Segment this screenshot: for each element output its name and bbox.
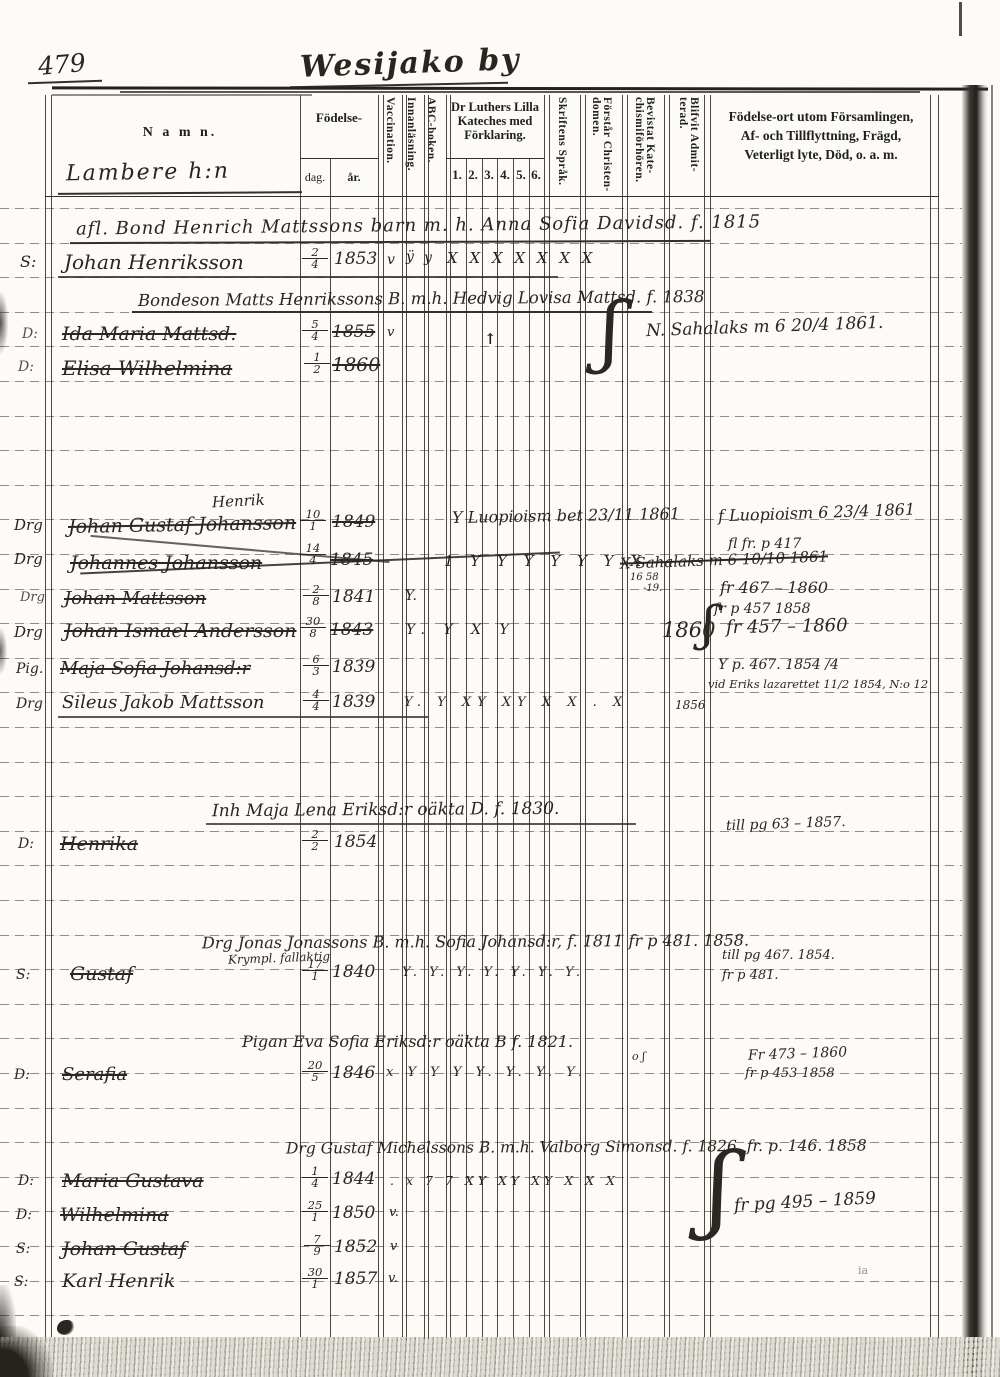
col-bevistat-label: Bevistat Kate- chismiförhören. <box>633 97 655 197</box>
kateches-col-5: 5. <box>513 167 529 183</box>
brace-swash: ʃ <box>706 1146 732 1232</box>
grid-hline <box>0 450 962 451</box>
birth-year: 1840 <box>332 962 375 982</box>
birth-day: 22 <box>302 829 328 852</box>
person-name: Johan Ismael Andersson <box>64 620 296 642</box>
vaccination-mark: v. <box>389 1205 399 1220</box>
title-rule-2 <box>120 91 920 93</box>
birth-year: 1839 <box>332 692 375 712</box>
birth-year: 1849 <box>332 512 375 532</box>
birth-day: 54 <box>302 319 328 342</box>
kateches-col-3: 3. <box>481 167 497 183</box>
birth-year: 1850 <box>332 1203 375 1223</box>
row-margin-label: D: <box>18 836 34 852</box>
grid-hline <box>0 1004 962 1005</box>
vaccination-mark: v <box>387 252 395 268</box>
birth-year: 1860 <box>332 354 380 376</box>
vaccination-mark: Y. <box>405 588 417 604</box>
birth-day: 251 <box>302 1200 328 1223</box>
grid-vline <box>529 158 530 1340</box>
kateches-col-4: 4. <box>497 167 513 183</box>
hand-underline <box>132 311 652 313</box>
margin-note: fr 457 – 1860 <box>726 615 848 638</box>
grid-hline <box>0 416 962 417</box>
col-vaccination-label: Vaccination. <box>384 97 395 197</box>
row-margin-label: S: <box>16 1241 30 1257</box>
birth-year: 1846 <box>332 1063 375 1083</box>
grid-vline <box>466 158 467 1340</box>
grid-hline <box>0 485 962 486</box>
margin-note: Y p. 467. 1854 /4 <box>718 657 839 673</box>
page-title: Wesijako by <box>299 42 521 85</box>
col-fodelseort-label: Födelse-ort utom Församlingen, Af- och T… <box>712 107 930 164</box>
person-name: Sileus Jakob Mattsson <box>62 692 265 713</box>
person-name: Henrika <box>60 833 138 855</box>
grid-hline <box>0 1315 962 1316</box>
person-name: Elisa Wilhelmina <box>62 356 232 380</box>
birth-day: 144 <box>300 543 326 566</box>
col-dag-label: dag. <box>300 170 330 185</box>
margin-note: N. Sahalaks m 6 20/4 1861. <box>646 313 884 341</box>
page-edge-line <box>991 85 993 1340</box>
kateches-col-2: 2. <box>465 167 481 183</box>
person-name: Maria Gustava <box>62 1170 204 1192</box>
margin-note: fr p 481. <box>722 968 779 983</box>
church-record-scan: 479 Wesijako by N a m n. Lambere h:n Föd… <box>0 0 1000 1377</box>
grid-vline <box>51 95 52 1340</box>
person-name: Johan Mattsson <box>64 588 206 609</box>
col-abc-boken-label: ABC-boken. <box>425 97 436 197</box>
grid-hline <box>0 346 962 347</box>
birth-day: 205 <box>302 1060 328 1083</box>
estate-name: Lambere h:n <box>66 159 230 187</box>
birth-year: 1843 <box>330 620 373 640</box>
col-fodelse-label: Födelse- <box>300 110 378 126</box>
row-margin-label: Drg <box>14 550 43 568</box>
birth-year: 1844 <box>332 1169 375 1189</box>
grid-vline <box>45 95 46 1340</box>
person-name: Maja Sofia Johansd:r <box>60 658 250 679</box>
check-arrow-mark: ↑ <box>484 330 497 348</box>
row-margin-label: D: <box>18 359 34 375</box>
person-name: Serafia <box>62 1064 127 1085</box>
birth-day: 101 <box>300 509 326 532</box>
kateches-col-6: 6. <box>528 167 544 183</box>
row-note: Y Luopioism bet 23/11 1861 <box>452 504 680 527</box>
grid-vline <box>497 158 498 1340</box>
name-correction: Henrik <box>212 491 266 512</box>
grid-hline <box>0 762 962 763</box>
small-mark: o ʃ <box>632 1050 645 1063</box>
row-margin-label: Pig. <box>16 661 43 677</box>
grid-hline <box>0 208 962 209</box>
grid-hline <box>0 831 962 832</box>
col-namn-label: N a m n. <box>60 125 300 141</box>
birth-year: 1839 <box>332 657 375 677</box>
person-name: Ida Maria Mattsd. <box>62 323 236 345</box>
row-margin-label: S: <box>16 967 30 983</box>
hand-underline <box>58 276 558 278</box>
grid-hline <box>45 196 938 197</box>
row-margin-label: S: <box>14 1274 28 1290</box>
family-heading: Drg Gustaf Michelssons B. m.h. Valborg S… <box>286 1136 867 1157</box>
birth-year: 1854 <box>334 832 377 852</box>
grid-vline <box>513 158 514 1340</box>
birth-day: 28 <box>303 584 329 607</box>
row-margin-label: D: <box>18 1173 34 1189</box>
person-name: Johan Gustaf <box>62 1238 186 1260</box>
birth-year: 1845 <box>330 550 373 570</box>
margin-note: fr p 453 1858 <box>745 1066 835 1081</box>
page-fold-band <box>962 85 988 1377</box>
col-forstar-label: Förstår Christen- domen. <box>590 97 612 197</box>
kateches-marks: 1 Y Y Y Y Y Y X <box>444 552 647 570</box>
grid-hline <box>0 865 962 866</box>
faint-artifact: ia <box>858 1264 868 1277</box>
margin-note: till pg 467. 1854. <box>722 948 835 963</box>
grid-vline <box>930 95 931 1340</box>
page-number: 479 <box>37 48 87 81</box>
kateches-marks: . x 7 7 XY XY XY X X X <box>390 1173 619 1188</box>
birth-day: 308 <box>300 616 326 639</box>
row-margin-label: Drg <box>14 623 43 641</box>
birth-day: 63 <box>303 654 329 677</box>
birth-day: 24 <box>302 247 328 270</box>
person-name: Gustaf <box>70 963 133 985</box>
small-note: -19. <box>643 583 662 594</box>
grid-hline <box>0 1108 962 1109</box>
birth-year: 1855 <box>332 322 375 342</box>
birth-day: 301 <box>302 1267 328 1290</box>
kateches-marks: Y. Y X Y <box>406 622 516 638</box>
title-rule-3 <box>52 94 312 96</box>
birth-year: 1853 <box>334 249 377 269</box>
person-name: Johan Henriksson <box>64 250 244 274</box>
bottom-corner-blob <box>0 1326 52 1377</box>
row-margin-label: D: <box>16 1207 32 1223</box>
margin-note: f Luopioism 6 23/4 1861 <box>718 500 916 526</box>
row-margin-label: S: <box>20 252 36 271</box>
margin-note: fr p 457 1858 <box>714 601 811 617</box>
brace-swash: ʃ <box>702 603 715 646</box>
vaccination-mark: v. <box>388 1271 398 1286</box>
grid-hline <box>0 381 962 382</box>
birth-year: 1857 <box>334 1269 377 1289</box>
family-heading: afl. Bond Henrich Mattssons barn m. h. A… <box>76 211 761 239</box>
vaccination-mark: v <box>387 325 394 340</box>
top-edge-dash <box>959 2 962 36</box>
grid-hline <box>0 727 962 728</box>
hand-underline <box>206 823 636 825</box>
small-note: 16 58 <box>630 572 659 583</box>
col-kateches-label: Dr Luthers Lilla Kateches med Förklaring… <box>446 100 544 142</box>
birth-day: 79 <box>304 1234 330 1257</box>
year-note: 1856 <box>675 698 706 712</box>
bottom-noise-band <box>0 1337 1000 1377</box>
abc-mark: y <box>424 250 432 266</box>
grid-hline <box>0 900 962 901</box>
person-name: Wilhelmina <box>60 1204 169 1226</box>
row-margin-label: Drg <box>20 590 45 605</box>
row-margin-label: D: <box>22 326 38 342</box>
brace-swash: ʃ <box>600 296 621 366</box>
margin-smudge <box>0 628 7 674</box>
margin-note: fr 467 – 1860 <box>720 578 828 597</box>
birth-day: 171 <box>302 959 328 982</box>
col-ar-label: år. <box>330 170 378 185</box>
birth-day: 14 <box>302 1166 328 1189</box>
col-blifvit-label: Blifvit Admit- terad. <box>677 97 699 197</box>
margin-note: Fr 473 – 1860 <box>748 1044 848 1063</box>
row-margin-label: D: <box>14 1067 30 1083</box>
person-name: Karl Henrik <box>62 1270 175 1292</box>
kateches-marks: x Y Y Y Y. Y. Y. Y. <box>386 1065 587 1080</box>
kateches-marks: Y. Y XY XY X X . X <box>404 695 628 710</box>
vaccination-mark: v <box>390 1239 397 1254</box>
hand-underline <box>58 716 428 718</box>
margin-smudge <box>0 292 8 354</box>
family-heading: Inh Maja Lena Eriksd:r oäkta D. f. 1830. <box>212 799 560 821</box>
grid-hline <box>300 158 378 159</box>
birth-year: 1852 <box>334 1237 377 1257</box>
birth-day: 44 <box>303 689 329 712</box>
row-margin-label: Drg <box>14 516 43 534</box>
grid-vline <box>938 95 939 1340</box>
birth-day: 12 <box>304 352 330 375</box>
row-margin-label: Drg <box>16 696 43 712</box>
birth-year: 1841 <box>332 587 375 607</box>
family-heading: Pigan Eva Sofia Eriksd:r oäkta B f. 1821… <box>242 1032 573 1051</box>
estate-underline <box>58 191 302 194</box>
family-heading: Drg Jonas Jonassons B. m.h. Sofia Johans… <box>202 931 749 953</box>
grid-hline <box>0 796 962 797</box>
kateches-col-1: 1. <box>449 167 465 183</box>
grid-hline <box>446 158 544 159</box>
kateches-marks: Y. Y. Y. Y. Y. Y. Y. <box>402 965 584 980</box>
kateches-marks: X X X X X X X <box>447 249 596 267</box>
margin-note: vid Eriks lazarettet 11/2 1854, N:o 12 <box>708 677 928 691</box>
margin-note-struck: X Sahalaks m 6 10/10 1861 <box>620 547 829 572</box>
innanlasning-mark: ÿ <box>406 249 414 265</box>
col-skriftens-label: Skriftens Språk. <box>556 97 567 197</box>
ink-blot <box>57 1320 74 1335</box>
person-name: Johan Gustaf Johansson <box>68 512 296 538</box>
